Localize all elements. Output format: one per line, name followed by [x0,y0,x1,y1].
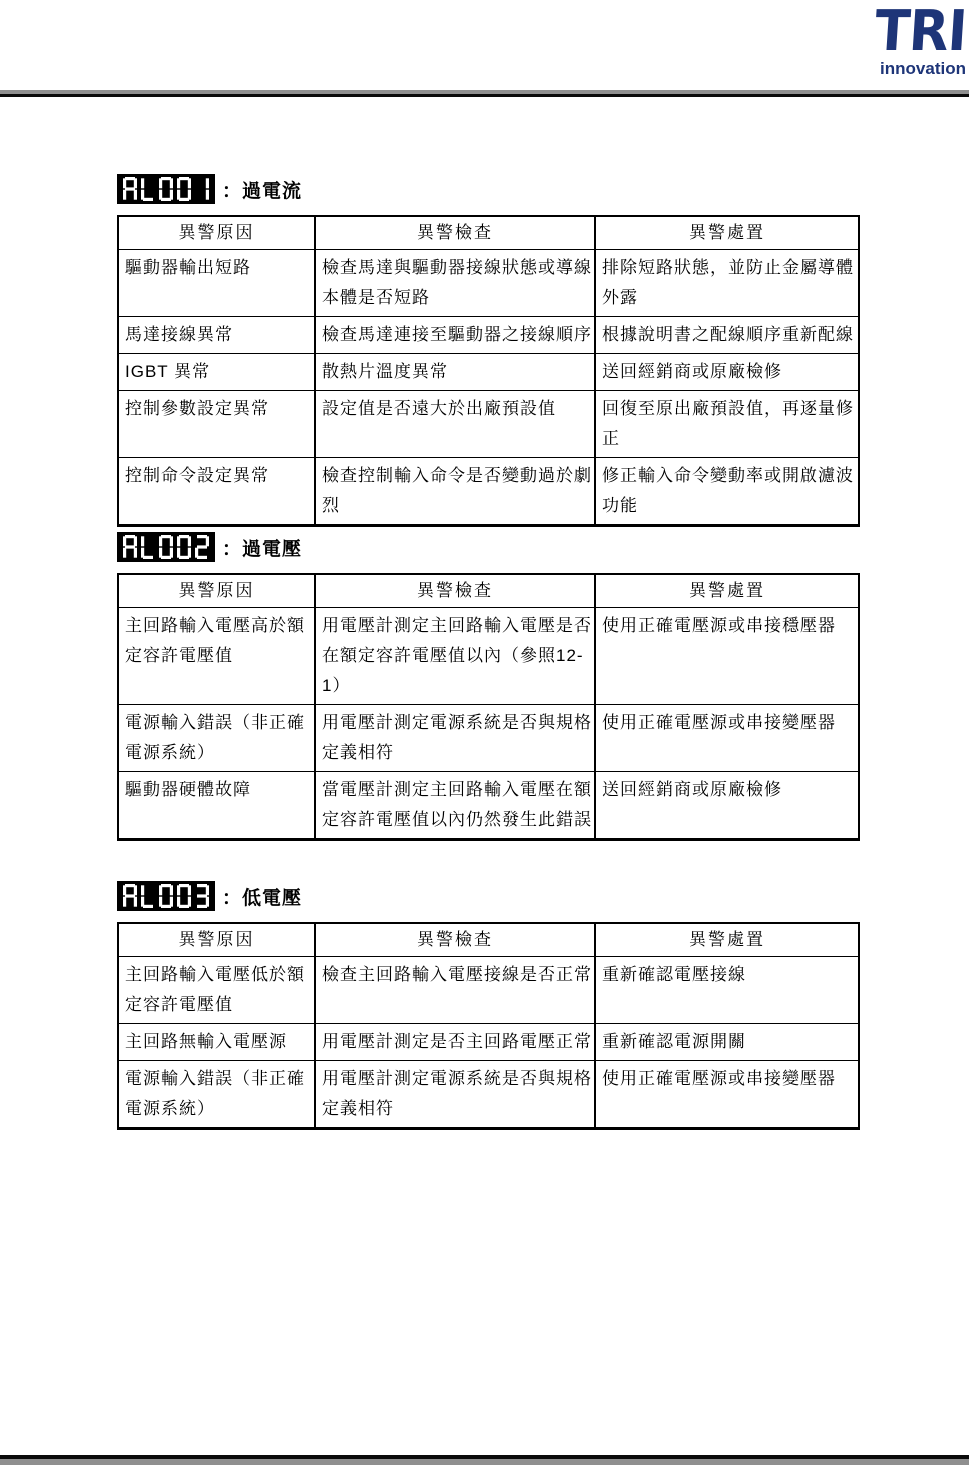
alarm-code-badge [117,174,215,204]
col-header-cause: 異警原因 [118,923,315,957]
bottom-divider [0,1455,969,1465]
cause-cell: IGBT 異常 [118,354,315,391]
check-cell: 設定值是否遠大於出廠預設值 [315,391,595,458]
action-cell: 使用正確電壓源或串接穩壓器 [595,608,859,705]
cause-cell: 主回路無輸入電壓源 [118,1024,315,1061]
action-cell: 重新確認電壓接線 [595,957,859,1024]
alarm-code-badge [117,532,215,562]
alarm-section-al002: ：過電壓 異警原因 異警檢查 異警處置 主回路輸入電壓高於額定容許電壓值 用電壓… [117,532,858,841]
col-header-check: 異警檢查 [315,216,595,250]
action-cell: 送回經銷商或原廠檢修 [595,772,859,840]
table-row: IGBT 異常 散熱片溫度異常 送回經銷商或原廠檢修 [118,354,859,391]
colon: ： [222,539,242,560]
table-row: 驅動器輸出短路 檢查馬達與驅動器接線狀態或導線本體是否短路 排除短路狀態，並防止… [118,250,859,317]
alarm-name-text: 低電壓 [242,888,302,909]
check-cell: 用電壓計測定主回路輸入電壓是否在額定容許電壓值以內（參照12-1） [315,608,595,705]
action-cell: 根據說明書之配線順序重新配線 [595,317,859,354]
alarm-section-al001: ：過電流 異警原因 異警檢查 異警處置 驅動器輸出短路 檢查馬達與驅動器接線狀態… [117,174,858,527]
alarm-table-al003: 異警原因 異警檢查 異警處置 主回路輸入電壓低於額定容許電壓值 檢查主回路輸入電… [117,922,860,1130]
alarm-heading: ：過電壓 [117,532,858,562]
col-header-check: 異警檢查 [315,923,595,957]
check-cell: 檢查馬達連接至驅動器之接線順序 [315,317,595,354]
table-row: 控制命令設定異常 檢查控制輸入命令是否變動過於劇烈 修正輸入命令變動率或開啟濾波… [118,458,859,526]
table-row: 電源輸入錯誤（非正確電源系統） 用電壓計測定電源系統是否與規格定義相符 使用正確… [118,1061,859,1129]
cause-cell: 控制參數設定異常 [118,391,315,458]
alarm-name: ：過電流 [222,176,302,203]
action-cell: 重新確認電源開關 [595,1024,859,1061]
cause-cell: 驅動器輸出短路 [118,250,315,317]
alarm-name: ：低電壓 [222,883,302,910]
table-row: 主回路輸入電壓高於額定容許電壓值 用電壓計測定主回路輸入電壓是否在額定容許電壓值… [118,608,859,705]
action-cell: 送回經銷商或原廠檢修 [595,354,859,391]
check-cell: 當電壓計測定主回路輸入電壓在額定容許電壓值以內仍然發生此錯誤 [315,772,595,840]
check-cell: 用電壓計測定電源系統是否與規格定義相符 [315,705,595,772]
table-row: 馬達接線異常 檢查馬達連接至驅動器之接線順序 根據說明書之配線順序重新配線 [118,317,859,354]
table-header-row: 異警原因 異警檢查 異警處置 [118,923,859,957]
alarm-name-text: 過電壓 [242,539,302,560]
table-row: 主回路輸入電壓低於額定容許電壓值 檢查主回路輸入電壓接線是否正常 重新確認電壓接… [118,957,859,1024]
manual-page: { "page": { "logo": { "brand": "TRI", "t… [0,0,969,1467]
table-row: 控制參數設定異常 設定值是否遠大於出廠預設值 回復至原出廠預設值，再逐量修正 [118,391,859,458]
cause-cell: 驅動器硬體故障 [118,772,315,840]
check-cell: 用電壓計測定是否主回路電壓正常 [315,1024,595,1061]
alarm-name: ：過電壓 [222,534,302,561]
cause-cell: 馬達接線異常 [118,317,315,354]
alarm-heading: ：低電壓 [117,881,858,911]
colon: ： [222,888,242,909]
alarm-name-text: 過電流 [242,181,302,202]
alarm-table-al001: 異警原因 異警檢查 異警處置 驅動器輸出短路 檢查馬達與驅動器接線狀態或導線本體… [117,215,860,527]
check-cell: 檢查控制輸入命令是否變動過於劇烈 [315,458,595,526]
alarm-code-badge [117,881,215,911]
table-row: 主回路無輸入電壓源 用電壓計測定是否主回路電壓正常 重新確認電源開關 [118,1024,859,1061]
top-divider [0,90,969,97]
cause-cell: 電源輸入錯誤（非正確電源系統） [118,705,315,772]
action-cell: 使用正確電壓源或串接變壓器 [595,705,859,772]
alarm-section-al003: ：低電壓 異警原因 異警檢查 異警處置 主回路輸入電壓低於額定容許電壓值 檢查主… [117,881,858,1130]
alarm-table-al002: 異警原因 異警檢查 異警處置 主回路輸入電壓高於額定容許電壓值 用電壓計測定主回… [117,573,860,841]
table-header-row: 異警原因 異警檢查 異警處置 [118,574,859,608]
col-header-cause: 異警原因 [118,574,315,608]
tri-logo: TRI innovation [867,0,966,78]
col-header-action: 異警處置 [595,923,859,957]
col-header-action: 異警處置 [595,216,859,250]
col-header-action: 異警處置 [595,574,859,608]
alarm-heading: ：過電流 [117,174,858,204]
action-cell: 回復至原出廠預設值，再逐量修正 [595,391,859,458]
cause-cell: 主回路輸入電壓高於額定容許電壓值 [118,608,315,705]
check-cell: 檢查主回路輸入電壓接線是否正常 [315,957,595,1024]
table-row: 電源輸入錯誤（非正確電源系統） 用電壓計測定電源系統是否與規格定義相符 使用正確… [118,705,859,772]
cause-cell: 電源輸入錯誤（非正確電源系統） [118,1061,315,1129]
action-cell: 使用正確電壓源或串接變壓器 [595,1061,859,1129]
check-cell: 檢查馬達與驅動器接線狀態或導線本體是否短路 [315,250,595,317]
action-cell: 排除短路狀態，並防止金屬導體外露 [595,250,859,317]
table-header-row: 異警原因 異警檢查 異警處置 [118,216,859,250]
cause-cell: 主回路輸入電壓低於額定容許電壓值 [118,957,315,1024]
tri-logo-text: TRI [873,0,968,64]
col-header-check: 異警檢查 [315,574,595,608]
col-header-cause: 異警原因 [118,216,315,250]
colon: ： [222,181,242,202]
check-cell: 散熱片溫度異常 [315,354,595,391]
action-cell: 修正輸入命令變動率或開啟濾波功能 [595,458,859,526]
cause-cell: 控制命令設定異常 [118,458,315,526]
table-row: 驅動器硬體故障 當電壓計測定主回路輸入電壓在額定容許電壓值以內仍然發生此錯誤 送… [118,772,859,840]
check-cell: 用電壓計測定電源系統是否與規格定義相符 [315,1061,595,1129]
